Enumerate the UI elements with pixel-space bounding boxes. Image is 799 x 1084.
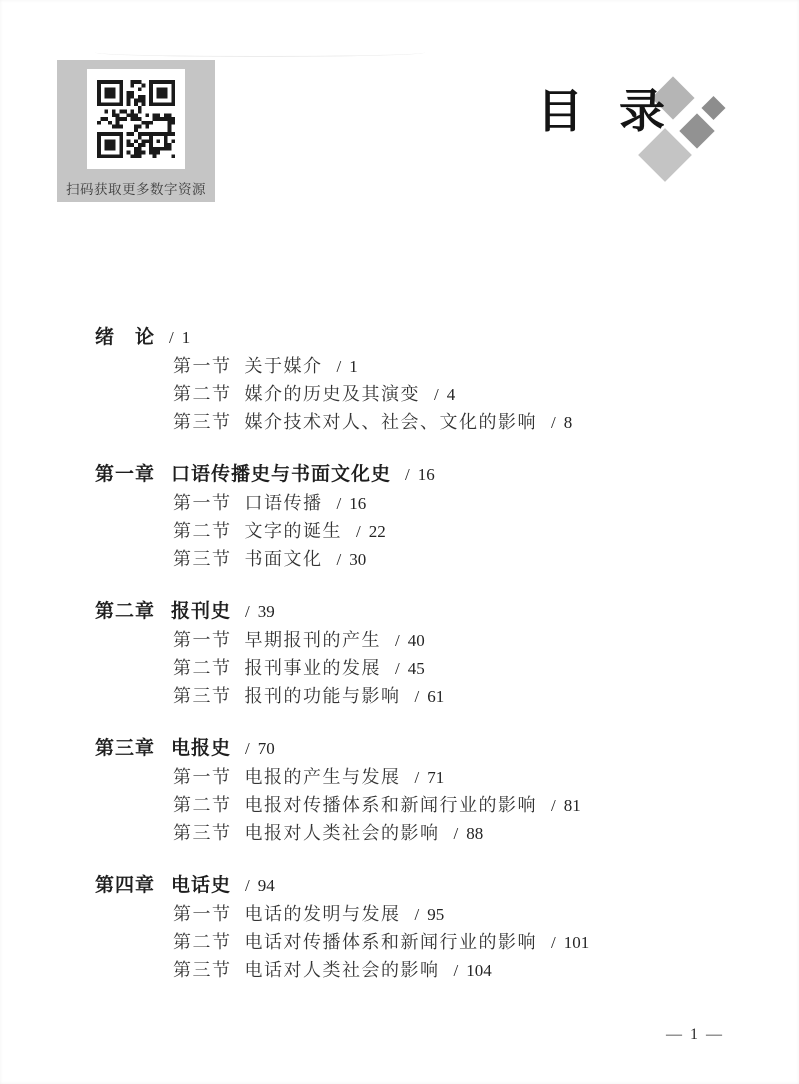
chapter-label: 第四章 <box>95 875 155 896</box>
chapter-title: 电报史 <box>171 738 231 759</box>
toc-group-chapter1: 第一章口语传播史与书面文化史/16 第一节口语传播/16 第二节文字的诞生/22… <box>0 461 799 573</box>
section-row: 第二节报刊事业的发展/45 <box>0 654 799 682</box>
section-label: 第一节 <box>173 356 232 376</box>
toc-group-intro: 绪 论/1 第一节关于媒介/1 第二节媒介的历史及其演变/4 第三节媒介技术对人… <box>0 324 799 436</box>
section-page-number: /8 <box>551 413 572 432</box>
chapter-page-number: /16 <box>405 465 435 484</box>
section-page-number: /16 <box>337 494 367 513</box>
section-label: 第二节 <box>173 658 232 678</box>
section-title: 文字的诞生 <box>245 521 343 541</box>
scan-shadow-artifact <box>95 48 425 57</box>
chapter-title: 口语传播史与书面文化史 <box>171 464 391 485</box>
section-row: 第一节口语传播/16 <box>0 489 799 517</box>
section-label: 第一节 <box>173 767 232 787</box>
section-page-number: /71 <box>415 768 445 787</box>
section-title: 电报的产生与发展 <box>245 767 401 787</box>
section-title: 电话对人类社会的影响 <box>245 960 440 980</box>
section-row: 第三节电报对人类社会的影响/88 <box>0 819 799 847</box>
section-label: 第一节 <box>173 630 232 650</box>
section-label: 第三节 <box>173 823 232 843</box>
section-label: 第二节 <box>173 932 232 952</box>
chapter-page-number: /94 <box>245 876 275 895</box>
chapter-row: 第二章报刊史/39 <box>0 598 799 626</box>
chapter-label: 第二章 <box>95 601 155 622</box>
chapter-row: 绪 论/1 <box>0 324 799 352</box>
chapter-row: 第一章口语传播史与书面文化史/16 <box>0 461 799 489</box>
section-page-number: /101 <box>551 933 589 952</box>
section-label: 第三节 <box>173 412 232 432</box>
section-label: 第三节 <box>173 960 232 980</box>
chapter-title: 电话史 <box>171 875 231 896</box>
section-row: 第二节电报对传播体系和新闻行业的影响/81 <box>0 791 799 819</box>
section-title: 关于媒介 <box>245 356 323 376</box>
section-label: 第三节 <box>173 549 232 569</box>
section-row: 第一节关于媒介/1 <box>0 352 799 380</box>
section-title: 报刊的功能与影响 <box>245 686 401 706</box>
section-page-number: /30 <box>337 550 367 569</box>
section-page-number: /1 <box>337 357 358 376</box>
chapter-title: 报刊史 <box>171 601 231 622</box>
section-row: 第三节媒介技术对人、社会、文化的影响/8 <box>0 408 799 436</box>
toc-group-chapter4: 第四章电话史/94 第一节电话的发明与发展/95 第二节电话对传播体系和新闻行业… <box>0 872 799 984</box>
section-title: 媒介的历史及其演变 <box>245 384 421 404</box>
section-page-number: /88 <box>454 824 484 843</box>
qr-code-icon <box>97 80 175 158</box>
qr-code-panel <box>87 69 185 169</box>
chapter-page-number: /70 <box>245 739 275 758</box>
section-row: 第二节媒介的历史及其演变/4 <box>0 380 799 408</box>
toc-group-chapter2: 第二章报刊史/39 第一节早期报刊的产生/40 第二节报刊事业的发展/45 第三… <box>0 598 799 710</box>
section-page-number: /104 <box>454 961 492 980</box>
section-page-number: /45 <box>395 659 425 678</box>
chapter-label: 第三章 <box>95 738 155 759</box>
section-page-number: /40 <box>395 631 425 650</box>
section-page-number: /61 <box>415 687 445 706</box>
section-title: 报刊事业的发展 <box>245 658 382 678</box>
section-label: 第一节 <box>173 493 232 513</box>
section-row: 第一节电话的发明与发展/95 <box>0 900 799 928</box>
section-title: 电报对传播体系和新闻行业的影响 <box>245 795 538 815</box>
chapter-label: 第一章 <box>95 464 155 485</box>
chapter-page-number: /39 <box>245 602 275 621</box>
section-label: 第二节 <box>173 795 232 815</box>
page-title: 目 录 <box>537 86 665 139</box>
page-title-char: 目 <box>537 86 583 139</box>
qr-resource-box: 扫码获取更多数字资源 <box>57 60 215 202</box>
section-title: 口语传播 <box>245 493 323 513</box>
section-row: 第三节报刊的功能与影响/61 <box>0 682 799 710</box>
section-page-number: /95 <box>415 905 445 924</box>
section-row: 第二节文字的诞生/22 <box>0 517 799 545</box>
diamond-mid-icon <box>679 113 714 148</box>
section-row: 第一节早期报刊的产生/40 <box>0 626 799 654</box>
section-title: 电报对人类社会的影响 <box>245 823 440 843</box>
section-row: 第三节书面文化/30 <box>0 545 799 573</box>
chapter-row: 第三章电报史/70 <box>0 735 799 763</box>
chapter-page-number: /1 <box>169 328 190 347</box>
section-label: 第二节 <box>173 521 232 541</box>
page-title-char: 录 <box>619 86 665 139</box>
toc-group-chapter3: 第三章电报史/70 第一节电报的产生与发展/71 第二节电报对传播体系和新闻行业… <box>0 735 799 847</box>
chapter-row: 第四章电话史/94 <box>0 872 799 900</box>
section-label: 第一节 <box>173 904 232 924</box>
section-page-number: /81 <box>551 796 581 815</box>
section-title: 媒介技术对人、社会、文化的影响 <box>245 412 538 432</box>
section-label: 第二节 <box>173 384 232 404</box>
section-row: 第三节电话对人类社会的影响/104 <box>0 956 799 984</box>
section-page-number: /4 <box>434 385 455 404</box>
section-label: 第三节 <box>173 686 232 706</box>
section-row: 第一节电报的产生与发展/71 <box>0 763 799 791</box>
section-title: 书面文化 <box>245 549 323 569</box>
footer-page-number: — 1 — <box>640 1026 750 1044</box>
section-title: 早期报刊的产生 <box>245 630 382 650</box>
section-page-number: /22 <box>356 522 386 541</box>
section-row: 第二节电话对传播体系和新闻行业的影响/101 <box>0 928 799 956</box>
section-title: 电话的发明与发展 <box>245 904 401 924</box>
toc-page: 扫码获取更多数字资源 目 录 绪 论/1 第一节关于媒介/1 第二节媒介的历史及… <box>0 0 799 1084</box>
toc-list: 绪 论/1 第一节关于媒介/1 第二节媒介的历史及其演变/4 第三节媒介技术对人… <box>0 324 799 1009</box>
diamond-small-icon <box>701 96 725 120</box>
section-title: 电话对传播体系和新闻行业的影响 <box>245 932 538 952</box>
chapter-label: 绪 论 <box>95 327 155 348</box>
qr-caption: 扫码获取更多数字资源 <box>47 178 225 198</box>
